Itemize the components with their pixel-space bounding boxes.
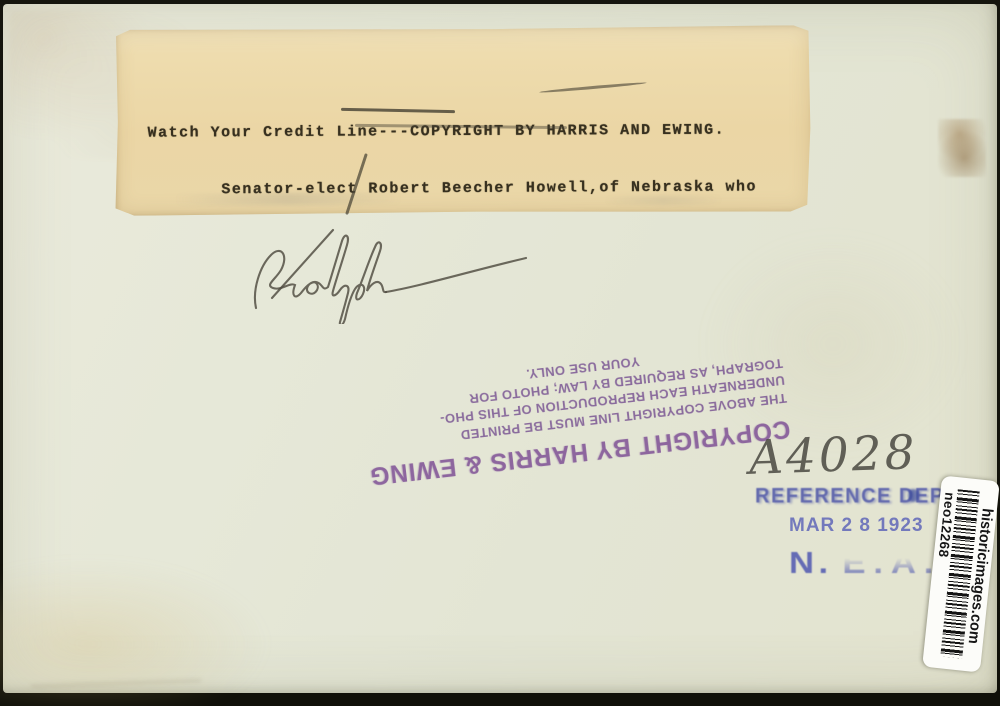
paper-stain	[938, 119, 986, 177]
agency-stamp-prefix: N.	[789, 545, 833, 580]
typed-caption-label: Watch Your Credit Line---COPYRIGHT BY HA…	[113, 25, 812, 216]
signature-drawing	[236, 224, 536, 324]
label-smudge	[603, 196, 723, 206]
photo-back-scan: Watch Your Credit Line---COPYRIGHT BY HA…	[0, 0, 1000, 706]
copyright-rubber-stamp: COPYRIGHT BY HARRIS & EWING THE ABOVE CO…	[402, 303, 791, 485]
photo-paper: Watch Your Credit Line---COPYRIGHT BY HA…	[3, 4, 997, 693]
pencil-smudge	[31, 661, 202, 688]
ink-dot	[908, 489, 919, 502]
paper-stain	[0, 554, 283, 704]
handwritten-name-ralph: Ralph	[236, 224, 536, 324]
handwritten-photo-number: A4028	[748, 425, 918, 486]
caption-line: Watch Your Credit Line---COPYRIGHT BY HA…	[137, 120, 809, 143]
date-stamp: MAR 2 8 1923	[789, 515, 924, 537]
agency-stamp-faded-text: E.A.	[842, 545, 941, 580]
label-smudge	[173, 192, 403, 205]
agency-stamp: N. E.A.	[789, 545, 941, 581]
